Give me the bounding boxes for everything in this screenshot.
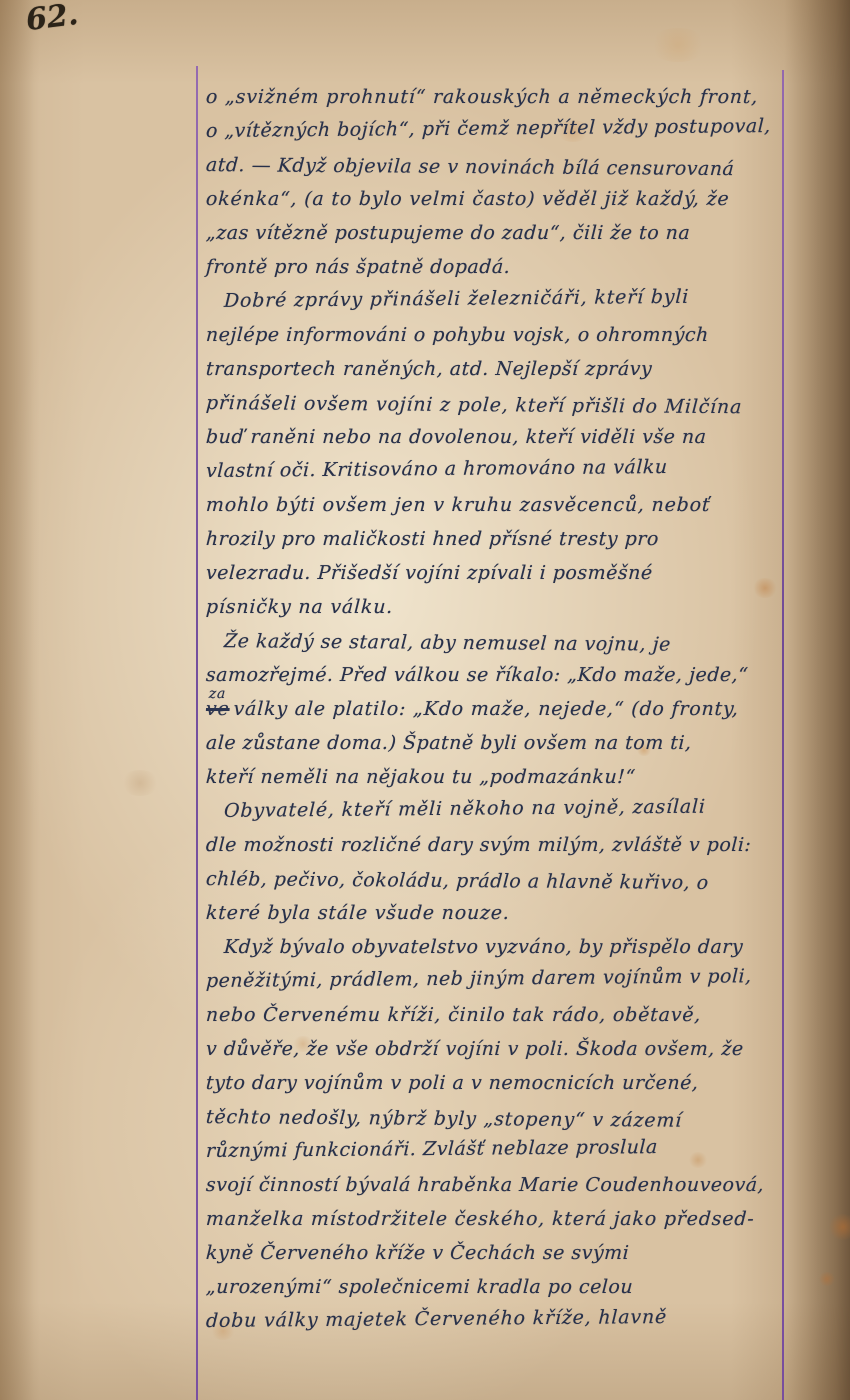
manuscript-line: peněžitými, prádlem, neb jiným darem voj…: [205, 959, 791, 998]
manuscript-line: různými funkcionáři. Zvlášť neblaze pros…: [205, 1129, 791, 1168]
manuscript-line: dle možnosti rozličné dary svým milým, z…: [205, 828, 791, 862]
manuscript-line: zaveválky ale platilo: „Kdo maže, nejede…: [205, 692, 791, 726]
manuscript-line: ale zůstane doma.) Špatně byli ovšem na …: [205, 726, 791, 760]
manuscript-line: které byla stále všude nouze.: [205, 896, 791, 930]
manuscript-line: písničky na válku.: [205, 590, 791, 624]
page-left-edge-shadow: [0, 0, 40, 1400]
manuscript-line: atd. — Když objevila se v novinách bílá …: [205, 148, 791, 187]
foxing-stain: [828, 1214, 850, 1240]
manuscript-line: svojí činností bývalá hraběnka Marie Cou…: [205, 1168, 791, 1202]
manuscript-line: transportech raněných, atd. Nejlepší zpr…: [205, 352, 791, 386]
foxing-stain: [818, 1272, 836, 1286]
manuscript-text: o „svižném prohnutí“ rakouských a německ…: [206, 80, 790, 1338]
foxing-stain: [120, 770, 160, 796]
manuscript-line: o „vítězných bojích“, při čemž nepřítel …: [205, 109, 791, 148]
manuscript-line: v důvěře, že vše obdrží vojíni v poli. Š…: [205, 1032, 791, 1066]
manuscript-line: nebo Červenému kříži, činilo tak rádo, o…: [205, 998, 791, 1032]
manuscript-line: hrozily pro maličkosti hned přísné trest…: [205, 522, 791, 556]
manuscript-line: okénka“, (a to bylo velmi často) věděl j…: [205, 182, 791, 216]
manuscript-line: manželka místodržitele českého, která ja…: [205, 1202, 791, 1236]
manuscript-line: vlastní oči. Kritisováno a hromováno na …: [205, 449, 791, 488]
manuscript-line: Obyvatelé, kteří měli někoho na vojně, z…: [205, 789, 791, 828]
manuscript-page-scan: 62. o „svižném prohnutí“ rakouských a ně…: [0, 0, 850, 1400]
inserted-word: za: [208, 677, 227, 711]
book-gutter-edge-shadow: [784, 0, 850, 1400]
manuscript-line: samozřejmé. Před válkou se říkalo: „Kdo …: [205, 658, 791, 692]
manuscript-line: chléb, pečivo, čokoládu, prádlo a hlavně…: [205, 862, 791, 901]
manuscript-line: mohlo býti ovšem jen v kruhu zasvěcenců,…: [205, 488, 791, 522]
manuscript-line: Že každý se staral, aby nemusel na vojnu…: [205, 624, 791, 663]
foxing-stain: [648, 28, 708, 62]
manuscript-line: dobu války majetek Červeného kříže, hlav…: [205, 1299, 791, 1338]
manuscript-line: tyto dary vojínům v poli a v nemocnicích…: [205, 1066, 791, 1100]
manuscript-line: Dobré zprávy přinášeli železničáři, kteř…: [205, 279, 791, 318]
page-number: 62.: [24, 0, 80, 38]
manuscript-line: „zas vítězně postupujeme do zadu“, čili …: [205, 216, 791, 250]
manuscript-line: nejlépe informováni o pohybu vojsk, o oh…: [205, 318, 791, 352]
inline-correction: zave: [205, 692, 230, 726]
manuscript-line: velezradu. Přišedší vojíni zpívali i pos…: [205, 556, 791, 590]
manuscript-line: přinášeli ovšem vojíni z pole, kteří při…: [205, 386, 791, 425]
left-margin-rule: [196, 66, 198, 1400]
manuscript-line: kyně Červeného kříže v Čechách se svými: [205, 1236, 791, 1270]
